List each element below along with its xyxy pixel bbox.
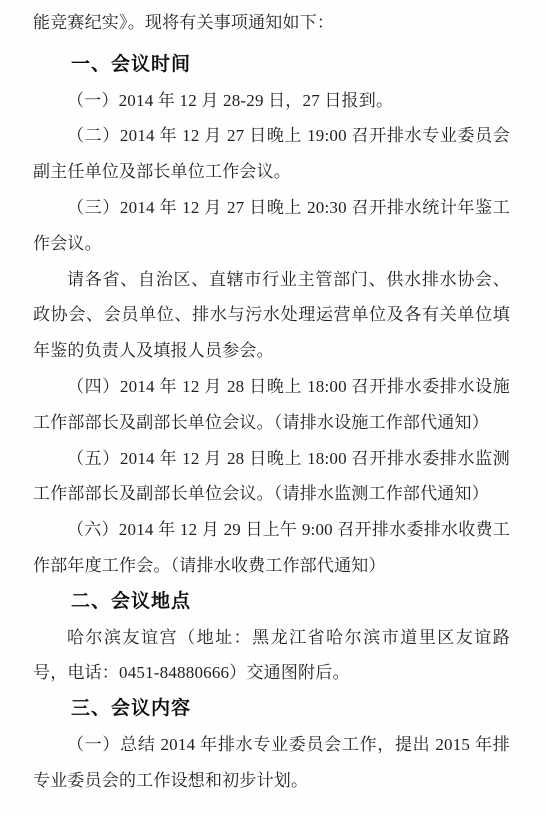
text-line: 作会议。 bbox=[33, 226, 510, 262]
text-line: 工作部部长及副部长单位会议。（请排水监测工作部代通知） bbox=[33, 476, 510, 512]
document-page: 能竞赛纪实》。现将有关事项通知如下： 一、会议时间 （一）2014 年 12 月… bbox=[0, 0, 546, 816]
text-line: 年鉴的负责人及填报人员参会。 bbox=[33, 333, 510, 369]
text-line: 号，电话：0451-84880666）交通图附后。 bbox=[33, 655, 510, 691]
text-line: 请各省、自治区、直辖市行业主管部门、供水排水协会、市 bbox=[33, 262, 510, 298]
text-line: 工作部部长及副部长单位会议。（请排水设施工作部代通知） bbox=[33, 405, 510, 441]
text-line: 哈尔滨友谊宫（地址：黑龙江省哈尔滨市道里区友谊路 263 bbox=[33, 620, 510, 656]
heading-meeting-location: 二、会议地点 bbox=[33, 584, 510, 620]
text-line: （一）2014 年 12 月 28-29 日，27 日报到。 bbox=[33, 83, 510, 119]
text-line: 政协会、会员单位、排水与污水处理运营单位及各有关单位填报 bbox=[33, 297, 510, 333]
continuation-line: 能竞赛纪实》。现将有关事项通知如下： bbox=[33, 5, 510, 41]
text-line: （五）2014 年 12 月 28 日晚上 18:00 召开排水委排水监测 bbox=[33, 441, 510, 477]
text-line: （二）2014 年 12 月 27 日晚上 19:00 召开排水专业委员会 bbox=[33, 118, 510, 154]
heading-meeting-content: 三、会议内容 bbox=[33, 691, 510, 727]
text-line: 副主任单位及部长单位工作会议。 bbox=[33, 154, 510, 190]
text-line: （六）2014 年 12 月 29 日上午 9:00 召开排水委排水收费工 bbox=[33, 512, 510, 548]
text-line: 作部年度工作会。（请排水收费工作部代通知） bbox=[33, 548, 510, 584]
text-line: （三）2014 年 12 月 27 日晚上 20:30 召开排水统计年鉴工 bbox=[33, 190, 510, 226]
heading-meeting-time: 一、会议时间 bbox=[33, 47, 510, 83]
text-line: 专业委员会的工作设想和初步计划。 bbox=[33, 763, 510, 799]
text-line: （一）总结 2014 年排水专业委员会工作，提出 2015 年排水 bbox=[33, 727, 510, 763]
text-line: （四）2014 年 12 月 28 日晚上 18:00 召开排水委排水设施 bbox=[33, 369, 510, 405]
